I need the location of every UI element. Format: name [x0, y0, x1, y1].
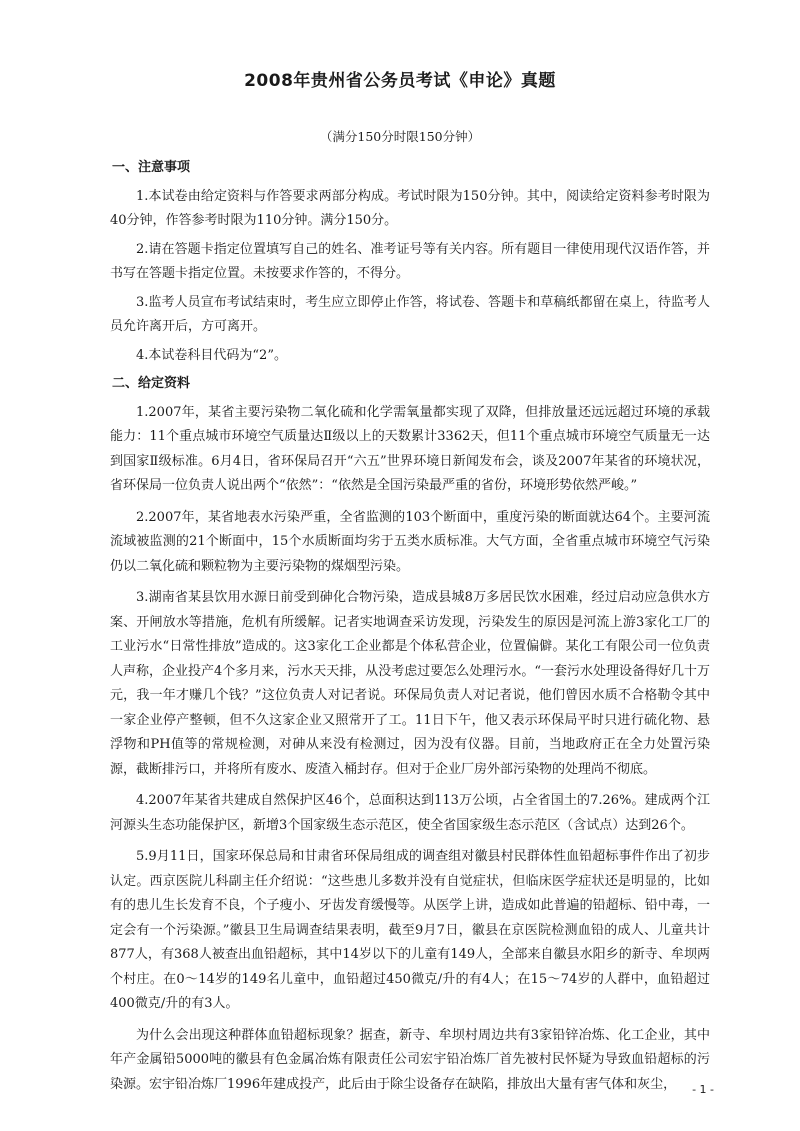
document-subtitle: （满分150分时限150分钟） [0, 127, 800, 145]
section-heading: 二、给定资料 [110, 372, 710, 397]
paragraph: 4.本试卷科目代码为“2”。 [110, 344, 710, 369]
paragraph: 为什么会出现这种群体血铅超标现象？据查，新寺、牟坝村周边共有3家铅锌冶炼、化工企… [110, 1024, 710, 1098]
document-title: 2008年贵州省公务员考试《申论》真题 [0, 66, 800, 91]
paragraph: 2.请在答题卡指定位置填写自己的姓名、准考证号等有关内容。所有题目一律使用现代汉… [110, 238, 710, 287]
page-number: - 1 - [692, 1083, 714, 1096]
paragraph: 1.2007年，某省主要污染物二氧化硫和化学需氧量都实现了双降，但排放量还远远超… [110, 401, 710, 499]
paragraph: 3.湖南省某县饮用水源日前受到砷化合物污染，造成县城8万多居民饮水困难，经过启动… [110, 586, 710, 782]
paragraph: 3.监考人员宣布考试结束时，考生应立即停止作答，将试卷、答题卡和草稿纸都留在桌上… [110, 291, 710, 340]
document-page: 2008年贵州省公务员考试《申论》真题 （满分150分时限150分钟） 一、注意… [0, 0, 800, 1131]
section-heading: 一、注意事项 [110, 156, 710, 181]
paragraph: 2.2007年，某省地表水污染严重，全省监测的103个断面中，重度污染的断面就达… [110, 506, 710, 580]
section-materials: 二、给定资料 1.2007年，某省主要污染物二氧化硫和化学需氧量都实现了双降，但… [110, 372, 710, 1097]
paragraph: 5.9月11日，国家环保总局和甘肃省环保局组成的调查组对徽县村民群体性血铅超标事… [110, 845, 710, 1017]
paragraph: 1.本试卷由给定资料与作答要求两部分构成。考试时限为150分钟。其中，阅读给定资… [110, 185, 710, 234]
paragraph: 4.2007年某省共建成自然保护区46个，总面积达到113万公顷，占全省国土的7… [110, 789, 710, 838]
section-notice: 一、注意事项 1.本试卷由给定资料与作答要求两部分构成。考试时限为150分钟。其… [110, 156, 710, 368]
document-body: 一、注意事项 1.本试卷由给定资料与作答要求两部分构成。考试时限为150分钟。其… [110, 156, 710, 1104]
